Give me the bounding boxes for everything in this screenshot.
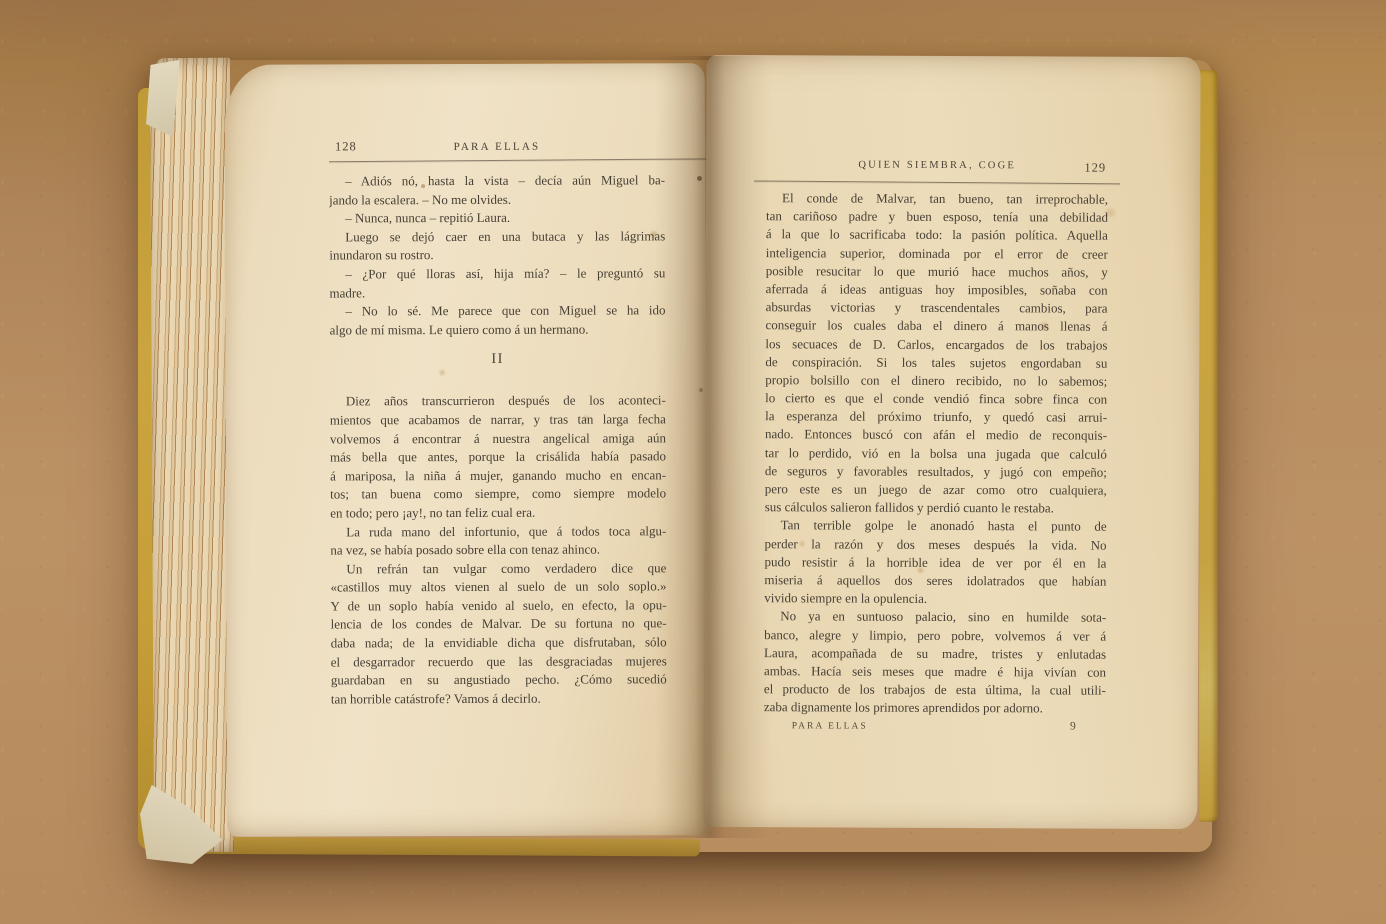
- paragraph: – Adiós nó, hasta la vista – decía aún M…: [329, 171, 665, 209]
- text-line: La ruda mano del infortunio, que á todos…: [330, 522, 666, 542]
- text-line: Luego se dejó caer en una butaca y las l…: [329, 227, 665, 247]
- right-running-header-row: QUIEN SIEMBRA, COGE 129: [766, 159, 1108, 160]
- text-line: El conde de Malvar, tan bueno, tan irrep…: [766, 189, 1108, 209]
- text-line: na vez, se había posado sobre ella con t…: [330, 540, 666, 560]
- left-running-header-row: 128 PARA ELLAS: [329, 140, 665, 141]
- sewing-hole: [699, 388, 703, 392]
- text-line: inundaron su rostro.: [329, 246, 665, 266]
- text-line: daba nada; de la envidiable dicha que di…: [331, 633, 667, 653]
- text-line: tar lo perdido, vió en la bolsa una juga…: [765, 444, 1107, 464]
- text-line: de conspiración. Si los tales sujetos en…: [765, 353, 1107, 373]
- text-line: tos; tan buena como siempre, como siempr…: [330, 485, 666, 505]
- text-line: tan horrible catástrofe? Vamos á decirlo…: [331, 689, 667, 709]
- right-page: QUIEN SIEMBRA, COGE 129 El conde de Malv…: [703, 55, 1200, 829]
- sewing-hole: [697, 176, 702, 181]
- text-line: «castillos muy altos vienen al suelo de …: [330, 578, 666, 598]
- right-page-number: 129: [1084, 161, 1106, 176]
- paragraph: Tan terrible golpe le anonadó hasta el p…: [764, 517, 1106, 609]
- left-header-rule: [329, 158, 709, 162]
- paragraph: – No lo sé. Me parece que con Miguel se …: [329, 301, 665, 339]
- text-line: sus cálculos salieron fallidos y perdió …: [765, 498, 1107, 518]
- text-line: á mariposa, la niña á mujer, ganando muc…: [330, 466, 666, 486]
- text-line: la esperanza del próximo triunfo, y qued…: [765, 407, 1107, 427]
- text-line: tan cariñoso padre y buen esposo, tenía …: [766, 207, 1108, 227]
- text-line: vivido siempre en la opulencia.: [764, 589, 1106, 609]
- paragraph: Diez años transcurrieron después de los …: [330, 392, 666, 523]
- text-line: algo de mí misma. Le quiero como á un he…: [330, 320, 666, 340]
- photo-open-book: { "book": { "left_page": { "page_number"…: [0, 0, 1386, 924]
- text-line: perder la razón y dos meses después la v…: [765, 535, 1107, 555]
- text-line: en todo; pero ¡ay!, no tan feliz cual er…: [330, 503, 666, 523]
- text-line: propio bolsillo con el dinero recibido, …: [765, 371, 1107, 391]
- paragraph: La ruda mano del infortunio, que á todos…: [330, 522, 666, 560]
- text-line: Un refrán tan vulgar como verdadero dice…: [330, 559, 666, 579]
- text-line: nado. Entonces buscó con afán el medio d…: [765, 426, 1107, 446]
- book-cover-right-edge: [1199, 70, 1218, 822]
- text-line: el desgarrador recuerdo que las desgraci…: [331, 652, 667, 672]
- text-line: guardaban en su angustiado pecho. ¿Cómo …: [331, 671, 667, 691]
- text-line: el producto de los trabajos de esta últi…: [764, 680, 1106, 700]
- text-line: No ya en suntuoso palacio, sino en humil…: [764, 607, 1106, 627]
- text-line: á la que lo sacrificaba todo: la pasión …: [766, 226, 1108, 246]
- text-line: absurdas victorias y trascendentales cam…: [766, 298, 1108, 318]
- left-running-header: PARA ELLAS: [329, 140, 665, 153]
- paragraph: No ya en suntuoso palacio, sino en humil…: [764, 607, 1106, 718]
- text-line: más bella que antes, porque la crisálida…: [330, 447, 666, 467]
- paragraph: – ¿Por qué lloras así, hija mía? – le pr…: [329, 264, 665, 302]
- chapter-heading: II: [330, 351, 666, 369]
- footer-series-title: PARA ELLAS: [792, 721, 868, 731]
- text-line: mientos que acabamos de narrar, y tras t…: [330, 410, 666, 430]
- text-line: aferrada á ideas antiguas hoy imposibles…: [766, 280, 1108, 300]
- text-line: jando la escalera. – No me olvides.: [329, 190, 665, 210]
- text-line: pero este es un juego de azar como otro …: [765, 480, 1107, 500]
- paragraph: Un refrán tan vulgar como verdadero dice…: [330, 559, 667, 709]
- text-line: – No lo sé. Me parece que con Miguel se …: [329, 301, 665, 321]
- text-line: miseria á aquellos dos seres idolatrados…: [764, 571, 1106, 591]
- paragraph: Luego se dejó caer en una butaca y las l…: [329, 227, 665, 265]
- text-line: inteligencia superior, dominada por el e…: [766, 244, 1108, 264]
- text-line: ambas. Hacía seis meses que madre é hija…: [764, 662, 1106, 682]
- text-line: Laura, acompañada de su madre, tristes y…: [764, 644, 1106, 664]
- text-line: lencia de los condes de Malvar. De su fo…: [331, 615, 667, 635]
- page-stack-fore-edge: [150, 58, 234, 852]
- paragraph: El conde de Malvar, tan bueno, tan irrep…: [765, 189, 1108, 518]
- text-line: Tan terrible golpe le anonadó hasta el p…: [765, 517, 1107, 537]
- book-cover-bottom-edge: [152, 837, 700, 857]
- text-line: de seguros y favorables resultados, y ju…: [765, 462, 1107, 482]
- text-line: zaba dignamente los primores aprendidos …: [764, 698, 1106, 718]
- right-page-body: El conde de Malvar, tan bueno, tan irrep…: [764, 189, 1108, 718]
- text-line: Diez años transcurrieron después de los …: [330, 392, 666, 412]
- text-line: conseguir los cuales daba el dinero á ma…: [765, 316, 1107, 336]
- left-page: 128 PARA ELLAS – Adiós nó, hasta la vist…: [225, 63, 708, 837]
- text-line: los secuaces de D. Carlos, encargados de…: [765, 335, 1107, 355]
- right-running-header: QUIEN SIEMBRA, COGE: [766, 159, 1108, 171]
- footer-signature-number: 9: [1070, 721, 1076, 733]
- text-line: – Adiós nó, hasta la vista – decía aún M…: [329, 171, 665, 191]
- text-line: banco, alegre y limpio, pero pobre, volv…: [764, 626, 1106, 646]
- right-header-rule: [754, 180, 1120, 184]
- text-line: Y de un soplo había venido al suelo, en …: [331, 596, 667, 616]
- text-line: volvemos á encontrar á nuestra angelical…: [330, 429, 666, 449]
- text-line: madre.: [329, 283, 665, 303]
- paragraph: – Nunca, nunca – repitió Laura.: [329, 208, 665, 228]
- left-page-body: – Adiós nó, hasta la vista – decía aún M…: [329, 171, 667, 709]
- text-line: lo cierto es que el conde vendió finca s…: [765, 389, 1107, 409]
- text-line: – ¿Por qué lloras así, hija mía? – le pr…: [329, 264, 665, 284]
- text-line: – Nunca, nunca – repitió Laura.: [329, 208, 665, 228]
- text-line: posible resucitar lo que murió hace much…: [766, 262, 1108, 282]
- right-page-footer: PARA ELLAS 9: [764, 719, 1106, 732]
- text-line: pudo resistir á la horrible idea de ver …: [764, 553, 1106, 573]
